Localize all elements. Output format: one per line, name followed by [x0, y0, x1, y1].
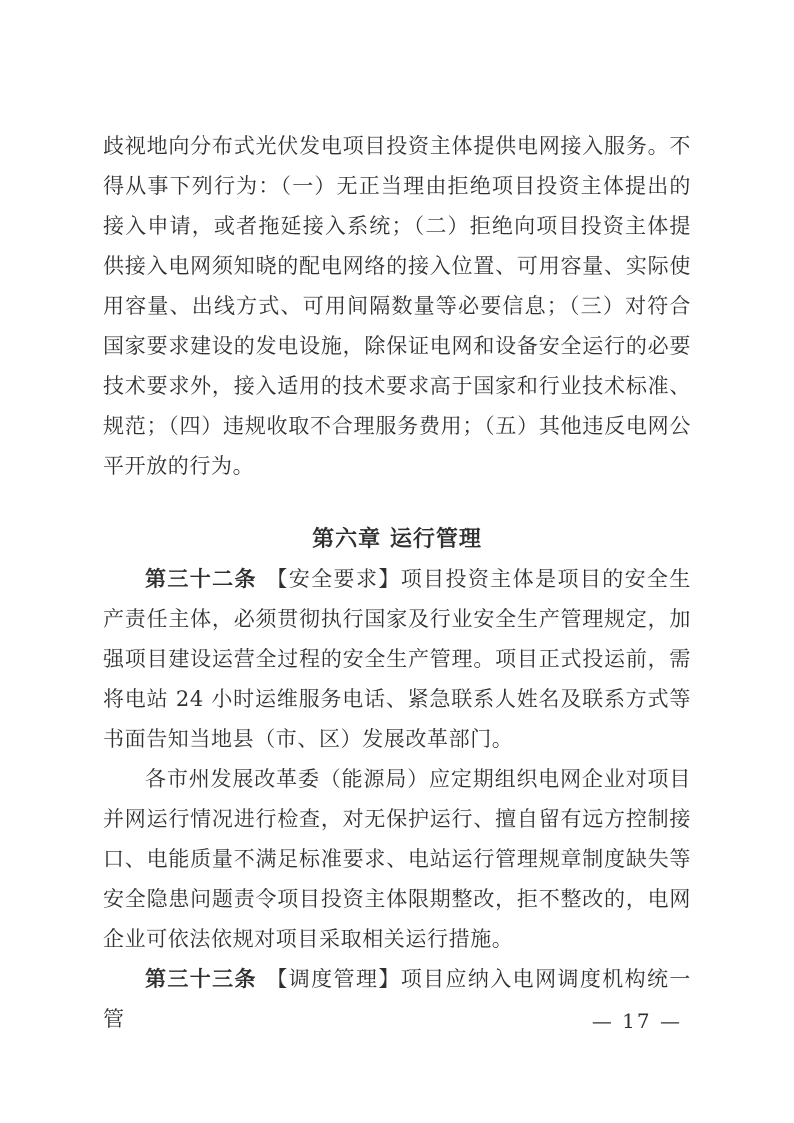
- article-33-title: 【调度管理】: [266, 967, 400, 991]
- page-number: — 17 —: [592, 1006, 682, 1036]
- article-32-body: 项目投资主体是项目的安全生产责任主体，必须贯彻执行国家及行业安全生产管理规定，加…: [103, 567, 691, 751]
- article-33-number: 第三十三条: [145, 966, 257, 991]
- document-content: 歧视地向分布式光伏发电项目投资主体提供电网接入服务。不得从事下列行为：（一）无正…: [103, 126, 691, 1039]
- article-32-number: 第三十二条: [145, 566, 257, 591]
- article-32-title: 【安全要求】: [266, 567, 400, 591]
- article-32-paragraph-2: 各市州发展改革委（能源局）应定期组织电网企业对项目并网运行情况进行检查，对无保护…: [103, 759, 691, 959]
- article-32-paragraph: 第三十二条【安全要求】项目投资主体是项目的安全生产责任主体，必须贯彻执行国家及行…: [103, 559, 691, 759]
- document-page: 歧视地向分布式光伏发电项目投资主体提供电网接入服务。不得从事下列行为：（一）无正…: [0, 0, 794, 1123]
- continuation-paragraph: 歧视地向分布式光伏发电项目投资主体提供电网接入服务。不得从事下列行为：（一）无正…: [103, 126, 691, 486]
- chapter-heading: 第六章 运行管理: [103, 519, 691, 559]
